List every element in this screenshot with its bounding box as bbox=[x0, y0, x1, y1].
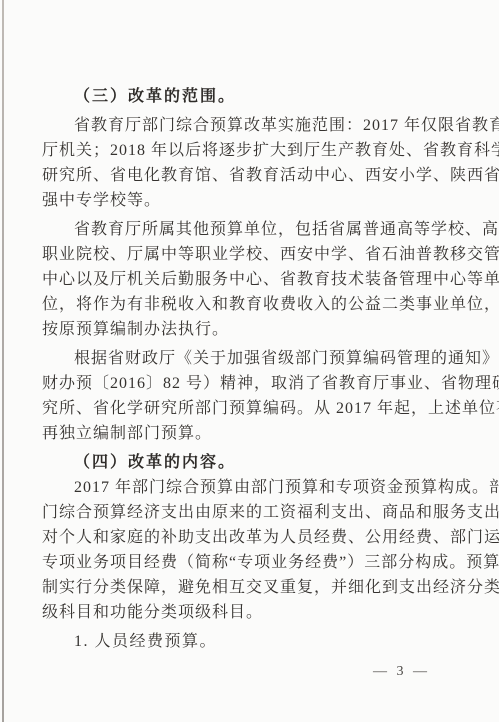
text-line: 省教育厅部门综合预算改革实施范围：2017 年仅限省教育 bbox=[42, 113, 462, 138]
text-line: 财办预〔2016〕82 号）精神，取消了省教育厅事业、省物理研 bbox=[42, 371, 462, 396]
scan-edge-line bbox=[2, 0, 4, 722]
text-line: 究所、省化学研究所部门预算编码。从 2017 年起，上述单位不 bbox=[42, 396, 462, 421]
text-line: 厅机关；2018 年以后将逐步扩大到厅生产教育处、省教育科学 bbox=[42, 138, 462, 163]
document-body: （三）改革的范围。 省教育厅部门综合预算改革实施范围：2017 年仅限省教育 厅… bbox=[42, 84, 462, 680]
text-line: 2017 年部门综合预算由部门预算和专项资金预算构成。部 bbox=[42, 475, 462, 500]
section-heading-scope: （三）改革的范围。 bbox=[42, 84, 462, 109]
paragraph-other-units: 省教育厅所属其他预算单位，包括省属普通高等学校、高等 职业院校、厅属中等职业学校… bbox=[42, 217, 462, 342]
text-line: 按原预算编制办法执行。 bbox=[42, 317, 462, 342]
numbered-item-personnel-budget: 1. 人员经费预算。 bbox=[42, 629, 462, 654]
text-line: 省教育厅所属其他预算单位，包括省属普通高等学校、高等 bbox=[42, 217, 462, 242]
text-line: 门综合预算经济支出由原来的工资福利支出、商品和服务支出、 bbox=[42, 500, 462, 525]
scanned-document-page: （三）改革的范围。 省教育厅部门综合预算改革实施范围：2017 年仅限省教育 厅… bbox=[0, 0, 499, 722]
text-line: 根据省财政厅《关于加强省级部门预算编码管理的通知》(陕 bbox=[42, 346, 462, 371]
section-heading-content: （四）改革的内容。 bbox=[42, 450, 462, 475]
text-line: 职业院校、厅属中等职业学校、西安中学、省石油普教移交管理 bbox=[42, 242, 462, 267]
text-line: 专项业务项目经费（简称“专项业务经费”）三部分构成。预算编 bbox=[42, 550, 462, 575]
page-number: — 3 — bbox=[42, 664, 462, 680]
paragraph-scope: 省教育厅部门综合预算改革实施范围：2017 年仅限省教育 厅机关；2018 年以… bbox=[42, 113, 462, 213]
text-line: 制实行分类保障，避免相互交叉重复，并细化到支出经济分类款 bbox=[42, 575, 462, 600]
text-line: 中心以及厅机关后勤服务中心、省教育技术装备管理中心等单 bbox=[42, 267, 462, 292]
text-line: 对个人和家庭的补助支出改革为人员经费、公用经费、部门运行 bbox=[42, 525, 462, 550]
paragraph-reform-content: 2017 年部门综合预算由部门预算和专项资金预算构成。部 门综合预算经济支出由原… bbox=[42, 475, 462, 625]
paragraph-budget-coding: 根据省财政厅《关于加强省级部门预算编码管理的通知》(陕 财办预〔2016〕82 … bbox=[42, 346, 462, 446]
text-line: 研究所、省电化教育馆、省教育活动中心、西安小学、陕西省自 bbox=[42, 163, 462, 188]
text-line: 再独立编制部门预算。 bbox=[42, 421, 462, 446]
text-line: 强中专学校等。 bbox=[42, 188, 462, 213]
text-line: 级科目和功能分类项级科目。 bbox=[42, 600, 462, 625]
text-line: 位，将作为有非税收入和教育收费收入的公益二类事业单位，暂 bbox=[42, 292, 462, 317]
